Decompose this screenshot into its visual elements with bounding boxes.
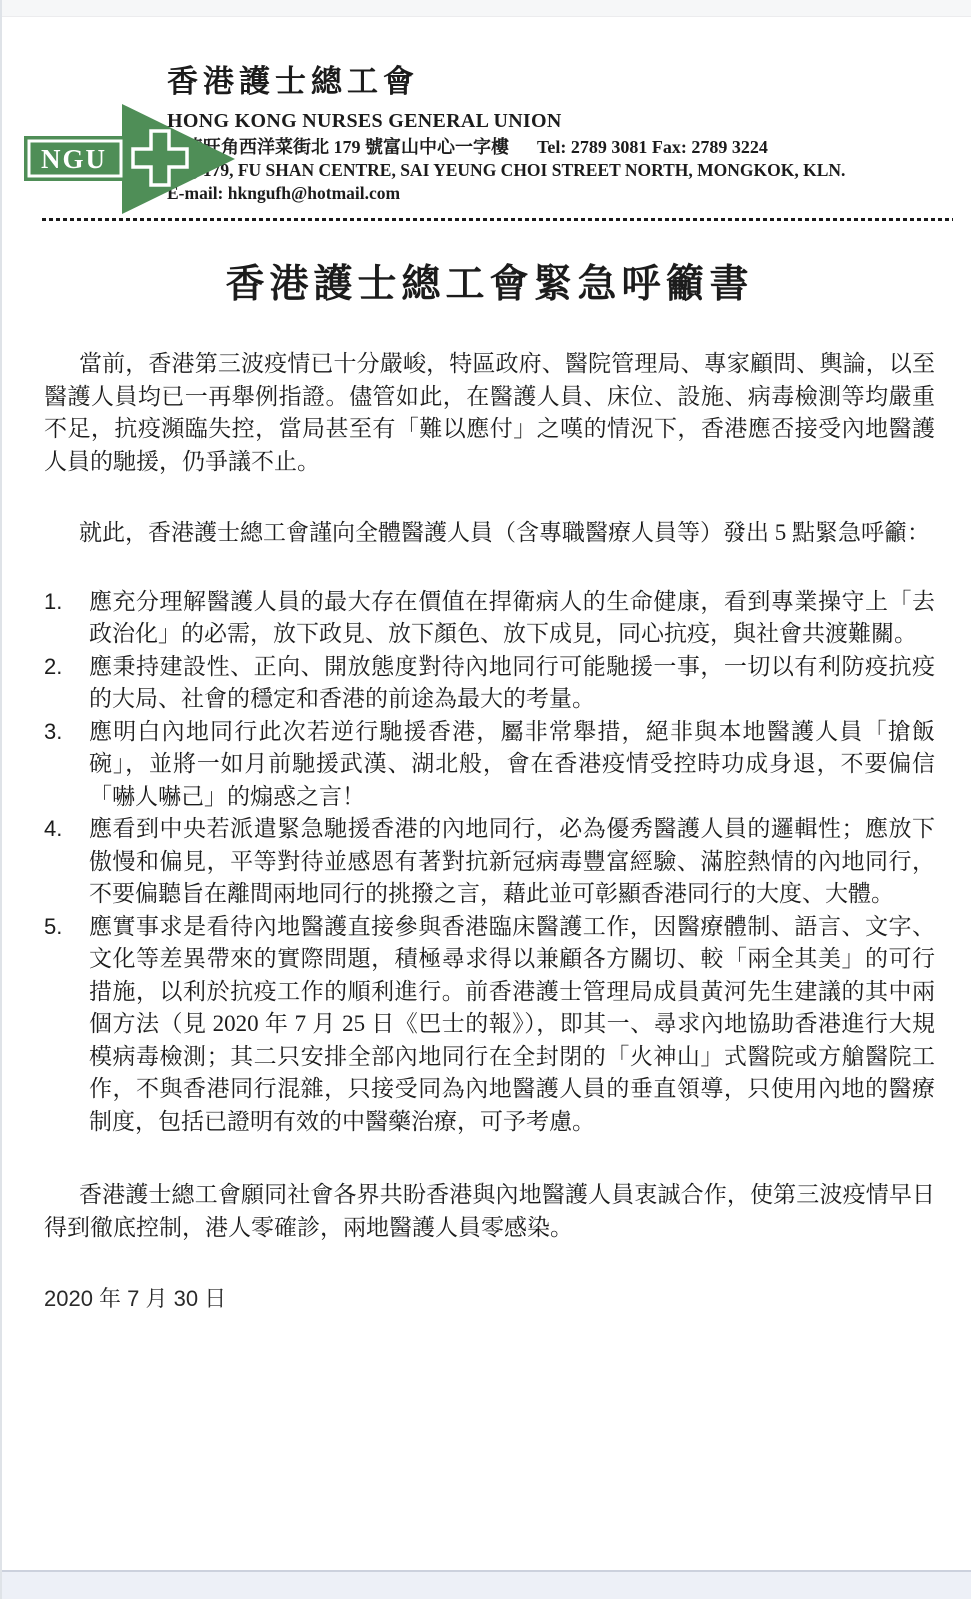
appeal-number: 4. [44, 813, 89, 911]
logo-abbrev-text: NGU [41, 144, 107, 174]
viewer-bottom-strip [2, 1570, 971, 1599]
appeal-item: 5. 應實事求是看待內地醫護直接參與香港臨床醫護工作，因醫療體制、語言、文字、文… [44, 911, 935, 1139]
appeal-item: 2. 應秉持建設性、正向、開放態度對待內地同行可能馳援一事，一切以有利防疫抗疫的… [44, 651, 935, 716]
letter-title: 香港護士總工會緊急呼籲書 [44, 262, 935, 308]
appeal-item: 1. 應充分理解醫護人員的最大存在價值在捍衛病人的生命健康，看到專業操守上「去政… [44, 586, 935, 651]
appeal-text: 應秉持建設性、正向、開放態度對待內地同行可能馳援一事，一切以有利防疫抗疫的大局、… [89, 651, 935, 716]
appeal-text: 應明白內地同行此次若逆行馳援香港，屬非常舉措，絕非與本地醫護人員「搶飯碗」，並將… [89, 716, 935, 814]
appeal-number: 5. [44, 911, 89, 1139]
paragraph-appeal-lead: 就此，香港護士總工會謹向全體醫護人員（含專職醫療人員等）發出 5 點緊急呼籲： [44, 517, 935, 550]
appeal-item: 4. 應看到中央若派遣緊急馳援香港的內地同行，必為優秀醫護人員的邏輯性；應放下傲… [44, 813, 935, 911]
letter-date: 2020 年 7 月 30 日 [44, 1284, 935, 1314]
org-name-english: HONG KONG NURSES GENERAL UNION [167, 108, 971, 135]
address-chinese-line: 九龍旺角西洋菜街北 179 號富山中心一字樓Tel: 2789 3081 Fax… [167, 135, 971, 159]
letter-body: 香港護士總工會緊急呼籲書 當前，香港第三波疫情已十分嚴峻，特區政府、醫院管理局、… [44, 262, 935, 1244]
org-name-chinese: 香港護士總工會 [167, 62, 971, 102]
appeal-number: 2. [44, 651, 89, 716]
appeal-number: 3. [44, 716, 89, 814]
letterhead-text-block: 香港護士總工會 HONG KONG NURSES GENERAL UNION 九… [167, 62, 971, 205]
appeal-text: 應實事求是看待內地醫護直接參與香港臨床醫護工作，因醫療體制、語言、文字、文化等差… [89, 911, 935, 1139]
address-english: 1/F., 179, FU SHAN CENTRE, SAI YEUNG CHO… [167, 159, 971, 182]
tel-fax: Tel: 2789 3081 Fax: 2789 3224 [537, 137, 768, 157]
paragraph-closing: 香港護士總工會願同社會各界共盼香港與內地醫護人員衷誠合作，使第三波疫情早日得到徹… [44, 1179, 935, 1244]
appeal-number: 1. [44, 586, 89, 651]
paragraph-intro: 當前，香港第三波疫情已十分嚴峻，特區政府、醫院管理局、專家顧問、輿論，以至醫護人… [44, 348, 935, 478]
appeal-item: 3. 應明白內地同行此次若逆行馳援香港，屬非常舉措，絕非與本地醫護人員「搶飯碗」… [44, 716, 935, 814]
letterhead: NGU 香港護士總工會 HONG KONG NURSES GENERAL UNI… [2, 0, 971, 205]
dashed-divider [42, 218, 953, 221]
scanned-letter-page: NGU 香港護士總工會 HONG KONG NURSES GENERAL UNI… [0, 0, 971, 1599]
appeal-text: 應充分理解醫護人員的最大存在價值在捍衛病人的生命健康，看到專業操守上「去政治化」… [89, 586, 935, 651]
email-line: E-mail: hkngufh@hotmail.com [167, 182, 971, 205]
appeal-text: 應看到中央若派遣緊急馳援香港的內地同行，必為優秀醫護人員的邏輯性；應放下傲慢和偏… [89, 813, 935, 911]
ngu-arrow-cross-logo-icon: NGU [22, 100, 237, 218]
appeal-list: 1. 應充分理解醫護人員的最大存在價值在捍衛病人的生命健康，看到專業操守上「去政… [44, 586, 935, 1139]
